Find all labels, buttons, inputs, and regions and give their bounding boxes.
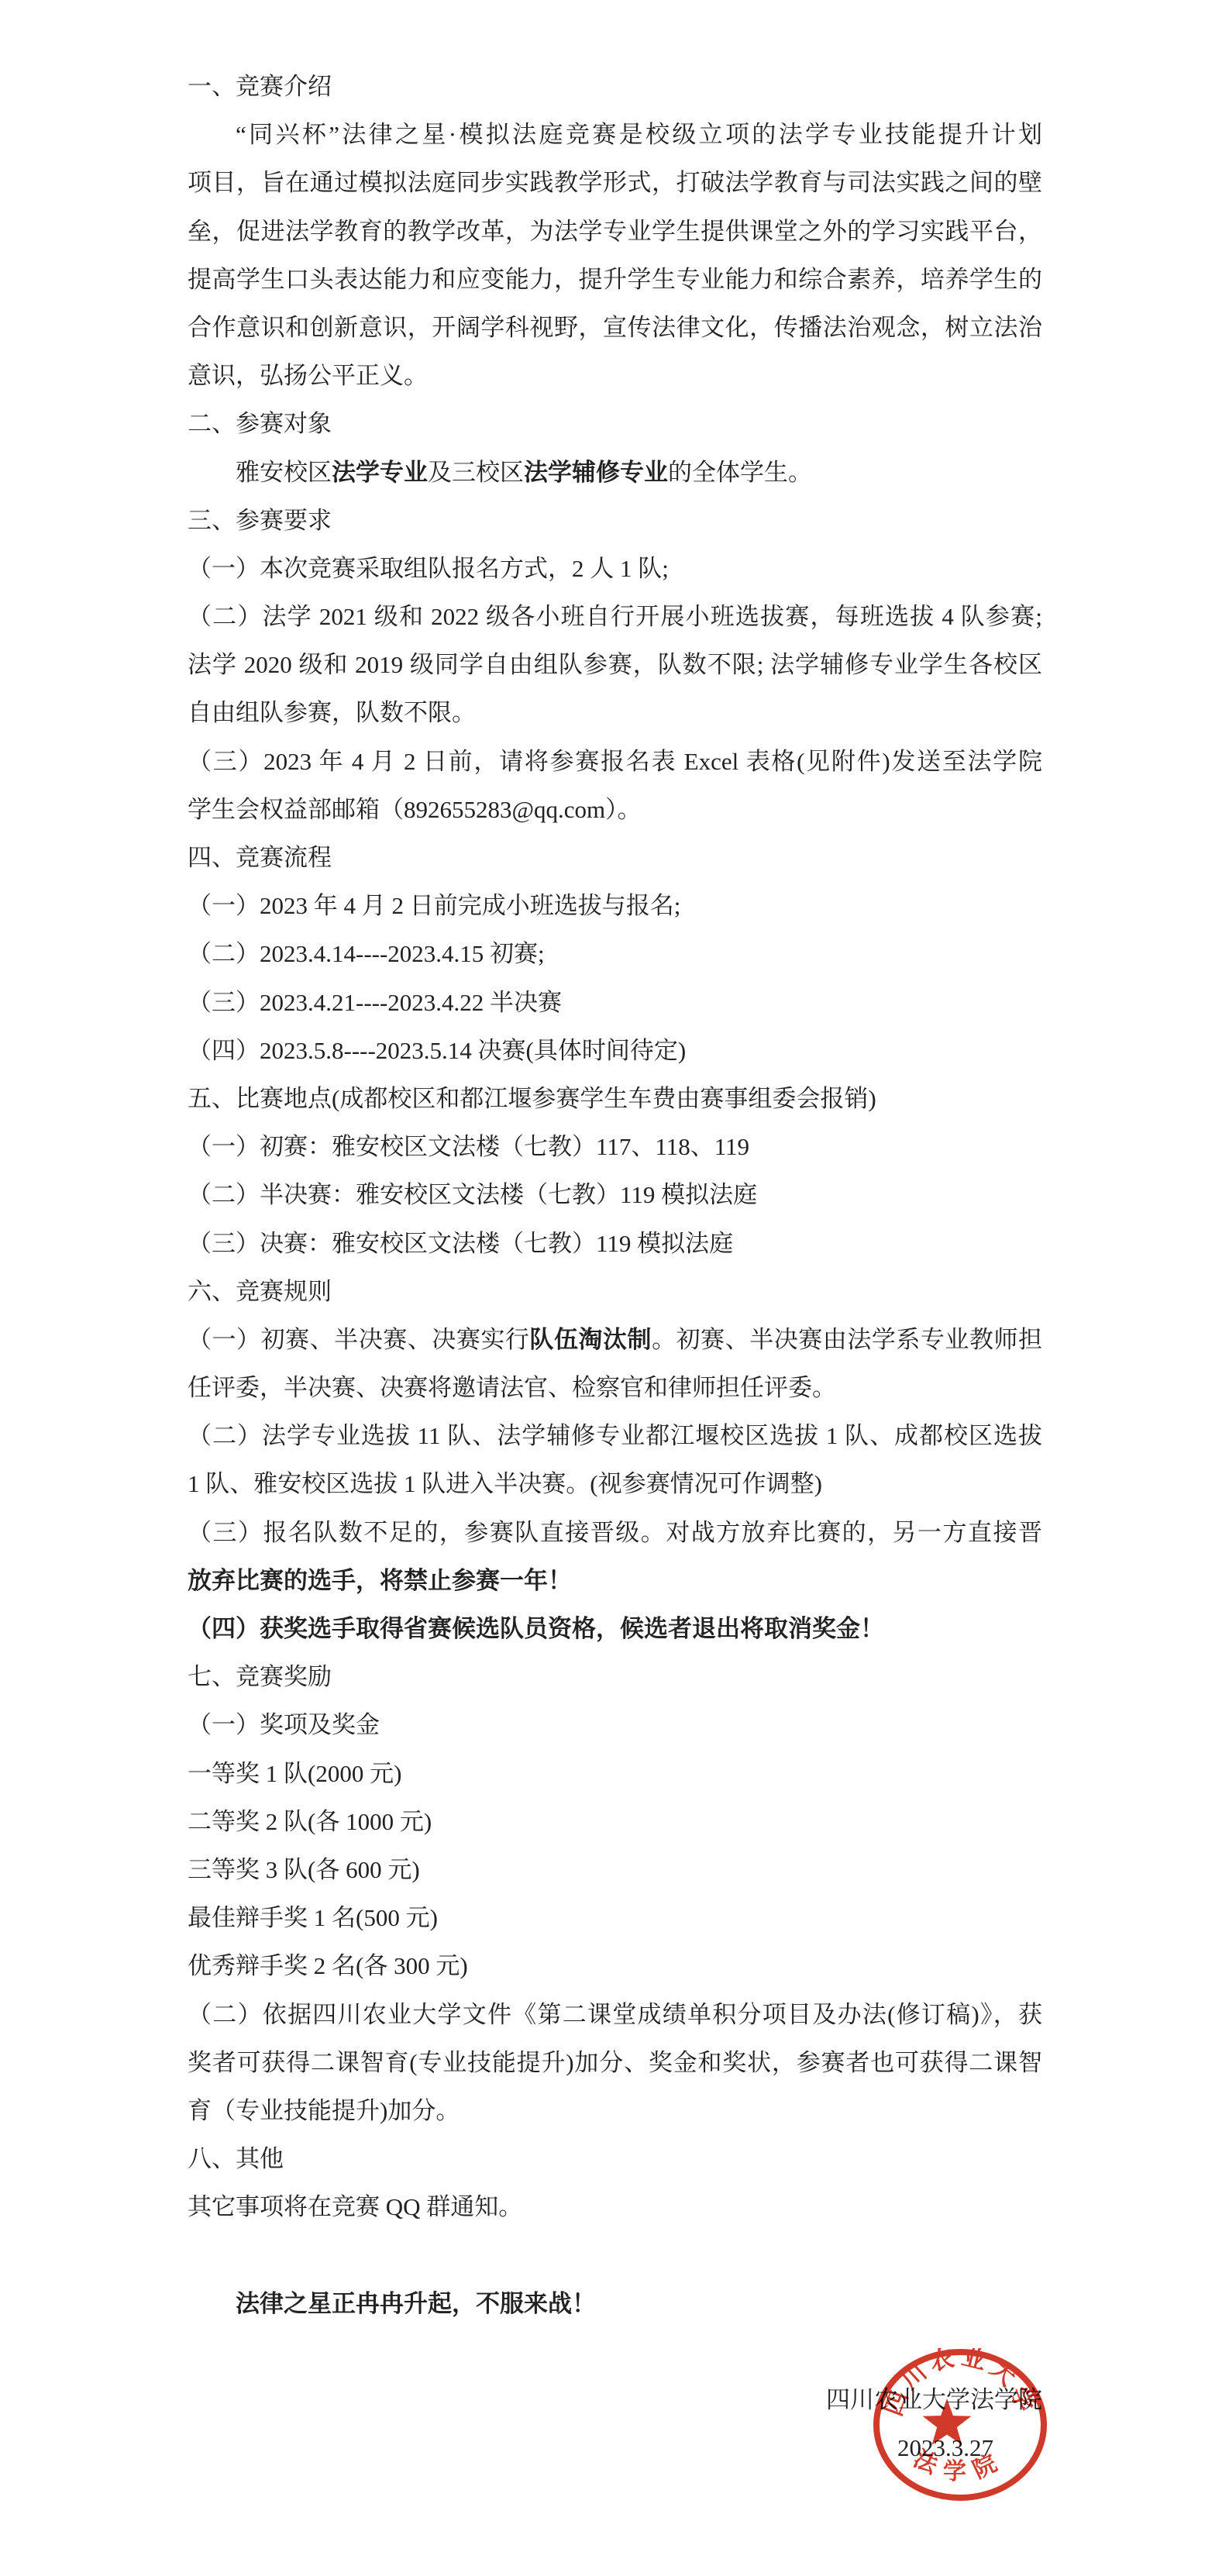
document-text: （四）获奖选手取得省赛候选队员资格，候选者退出将取消奖金！ — [188, 1615, 884, 1642]
document-line: （一）2023 年 4 月 2 日前完成小班选拔与报名; — [188, 882, 1042, 930]
document-line: 一等奖 1 队(2000 元) — [188, 1750, 1042, 1798]
document-line: 优秀辩手奖 2 名(各 300 元) — [188, 1942, 1042, 1990]
document-text: （二）法学 2021 级和 2022 级各小班自行开展小班选拔赛，每班选拔 4 … — [188, 603, 1042, 630]
document-line: （四）2023.5.8----2023.5.14 决赛(具体时间待定) — [188, 1027, 1042, 1075]
document-text: 雅安校区 — [236, 459, 332, 486]
document-text: 三、参赛要求 — [188, 507, 332, 534]
document-line: （一）初赛：雅安校区文法楼（七教）117、118、119 — [188, 1123, 1042, 1171]
document-line: 1 队、雅安校区选拔 1 队进入半决赛。(视参赛情况可作调整) — [188, 1460, 1042, 1508]
document-text: 八、其他 — [188, 2145, 284, 2172]
document-text: 五、比赛地点(成都校区和都江堰参赛学生车费由赛事组委会报销) — [188, 1085, 876, 1112]
document-text: 六、竞赛规则 — [188, 1278, 332, 1305]
document-line: 任评委，半决赛、决赛将邀请法官、检察官和律师担任评委。 — [188, 1364, 1042, 1412]
document-text: 及三校区 — [428, 459, 524, 486]
document-text-bold: 法学专业 — [332, 459, 428, 486]
seal-star-icon — [923, 2399, 972, 2445]
document-line: 一、竞赛介绍 — [188, 63, 1042, 111]
document-line: （一）初赛、半决赛、决赛实行队伍淘汰制。初赛、半决赛由法学系专业教师担 — [188, 1316, 1042, 1364]
document-line: 八、其他 — [188, 2135, 1042, 2183]
document-text: 法学 2020 级和 2019 级同学自由组队参赛，队数不限; 法学辅修专业学生… — [188, 651, 1042, 678]
document-line: （二）法学专业选拔 11 队、法学辅修专业都江堰校区选拔 1 队、成都校区选拔 — [188, 1412, 1042, 1460]
document-text-bold: 队伍淘汰制 — [529, 1326, 652, 1353]
document-line: （二）依据四川农业大学文件《第二课堂成绩单积分项目及办法(修订稿)》，获 — [188, 1991, 1042, 2039]
document-text: 学生会权益部邮箱（892655283@qq.com）。 — [188, 796, 642, 823]
document-text: 三等奖 3 队(各 600 元) — [188, 1856, 420, 1883]
document-text: 四、竞赛流程 — [188, 844, 332, 871]
document-line: “同兴杯”法律之星·模拟法庭竞赛是校级立项的法学专业技能提升计划 — [188, 111, 1042, 159]
document-text-bold: 法学辅修专业 — [524, 459, 668, 486]
document-text: 的全体学生。 — [668, 459, 812, 486]
document-text: 意识，弘扬公平正义。 — [188, 362, 428, 389]
document-text: 育（专业技能提升)加分。 — [188, 2097, 460, 2124]
document-line: （三）报名队数不足的，参赛队直接晋级。对战方放弃比赛的，另一方直接晋级， — [188, 1509, 1042, 1557]
document-line: 五、比赛地点(成都校区和都江堰参赛学生车费由赛事组委会报销) — [188, 1075, 1042, 1123]
document-text: （一）奖项及奖金 — [188, 1711, 380, 1738]
document-line: 雅安校区法学专业及三校区法学辅修专业的全体学生。 — [188, 449, 1042, 497]
document-text: （二）依据四川农业大学文件《第二课堂成绩单积分项目及办法(修订稿)》，获 — [188, 2001, 1042, 2028]
seal-graphic: 四川农业大学 法学院 — [870, 2348, 1056, 2503]
document-line: （三）2023 年 4 月 2 日前，请将参赛报名表 Excel 表格(见附件)… — [188, 738, 1042, 786]
document-text: 奖者可获得二课智育(专业技能提升)加分、奖金和奖状，参赛者也可获得二课智 — [188, 2049, 1042, 2076]
document-line: 二等奖 2 队(各 1000 元) — [188, 1798, 1042, 1846]
document-line: 学生会权益部邮箱（892655283@qq.com）。 — [188, 786, 1042, 834]
document-line: （一）本次竞赛采取组队报名方式，2 人 1 队; — [188, 545, 1042, 593]
document-line: 二、参赛对象 — [188, 400, 1042, 448]
document-line: 最佳辩手奖 1 名(500 元) — [188, 1894, 1042, 1942]
document-line: 放弃比赛的选手，将禁止参赛一年！ — [188, 1557, 1042, 1605]
document-line: 其它事项将在竞赛 QQ 群通知。 — [188, 2183, 1042, 2231]
document-text: （二）半决赛：雅安校区文法楼（七教）119 模拟法庭 — [188, 1181, 757, 1208]
document-text: 最佳辩手奖 1 名(500 元) — [188, 1904, 438, 1931]
document-line: 奖者可获得二课智育(专业技能提升)加分、奖金和奖状，参赛者也可获得二课智 — [188, 2039, 1042, 2087]
document-text: （二）2023.4.14----2023.4.15 初赛; — [188, 940, 545, 967]
document-text: 二等奖 2 队(各 1000 元) — [188, 1808, 432, 1835]
document-page: 一、竞赛介绍“同兴杯”法律之星·模拟法庭竞赛是校级立项的法学专业技能提升计划项目… — [0, 0, 1229, 2576]
document-text: （四）2023.5.8----2023.5.14 决赛(具体时间待定) — [188, 1037, 686, 1064]
document-body: 一、竞赛介绍“同兴杯”法律之星·模拟法庭竞赛是校级立项的法学专业技能提升计划项目… — [188, 63, 1042, 2472]
document-line: 七、竞赛奖励 — [188, 1653, 1042, 1701]
document-line: 自由组队参赛，队数不限。 — [188, 689, 1042, 737]
document-line: 法律之星正冉冉升起，不服来战！ — [188, 2280, 1042, 2328]
document-line: 六、竞赛规则 — [188, 1268, 1042, 1316]
document-text: 一、竞赛介绍 — [188, 73, 332, 100]
document-text: 项目，旨在通过模拟法庭同步实践教学形式，打破法学教育与司法实践之间的壁 — [188, 169, 1042, 196]
document-line — [188, 2231, 1042, 2279]
document-text: “同兴杯”法律之星·模拟法庭竞赛是校级立项的法学专业技能提升计划 — [236, 121, 1042, 148]
document-text: 优秀辩手奖 2 名(各 300 元) — [188, 1952, 468, 1979]
seal-bottom-text: 法学院 — [910, 2446, 1010, 2485]
document-text: （一）2023 年 4 月 2 日前完成小班选拔与报名; — [188, 892, 680, 919]
document-text: 自由组队参赛，队数不限。 — [188, 699, 476, 726]
document-line: （二）半决赛：雅安校区文法楼（七教）119 模拟法庭 — [188, 1171, 1042, 1219]
document-line: 提高学生口头表达能力和应变能力，提升学生专业能力和综合素养，培养学生的 — [188, 256, 1042, 304]
document-text: （三）报名队数不足的，参赛队直接晋级。对战方放弃比赛的，另一方直接晋级， — [188, 1519, 1042, 1557]
document-line: 垒，促进法学教育的教学改革，为法学专业学生提供课堂之外的学习实践平台， — [188, 208, 1042, 256]
document-line: 三等奖 3 队(各 600 元) — [188, 1846, 1042, 1894]
document-text: 二、参赛对象 — [188, 410, 332, 437]
document-text: 合作意识和创新意识，开阔学科视野，宣传法律文化，传播法治观念，树立法治 — [188, 314, 1042, 341]
document-text: （三）2023 年 4 月 2 日前，请将参赛报名表 Excel 表格(见附件)… — [188, 748, 1042, 775]
document-text: （一）初赛、半决赛、决赛实行 — [188, 1326, 529, 1353]
document-line: （三）决赛：雅安校区文法楼（七教）119 模拟法庭 — [188, 1220, 1042, 1268]
document-text: 提高学生口头表达能力和应变能力，提升学生专业能力和综合素养，培养学生的 — [188, 266, 1042, 293]
document-text: 七、竞赛奖励 — [188, 1663, 332, 1690]
document-text: （一）本次竞赛采取组队报名方式，2 人 1 队; — [188, 555, 669, 582]
document-line: 育（专业技能提升)加分。 — [188, 2087, 1042, 2135]
document-text: 。初赛、半决赛由法学系专业教师担 — [652, 1326, 1042, 1353]
document-text: 1 队、雅安校区选拔 1 队进入半决赛。(视参赛情况可作调整) — [188, 1470, 822, 1497]
document-line: （四）获奖选手取得省赛候选队员资格，候选者退出将取消奖金！ — [188, 1605, 1042, 1653]
document-text: 放弃比赛的选手，将禁止参赛一年！ — [188, 1567, 572, 1594]
document-line: （三）2023.4.21----2023.4.22 半决赛 — [188, 979, 1042, 1027]
document-text: 任评委，半决赛、决赛将邀请法官、检察官和律师担任评委。 — [188, 1374, 836, 1401]
document-text: 一等奖 1 队(2000 元) — [188, 1760, 401, 1787]
seal-ring-text: 四川农业大学 — [880, 2348, 1041, 2419]
document-line: 三、参赛要求 — [188, 497, 1042, 545]
document-text: 法律之星正冉冉升起，不服来战！ — [236, 2290, 596, 2317]
document-text: （三）决赛：雅安校区文法楼（七教）119 模拟法庭 — [188, 1230, 733, 1257]
document-text: （二）法学专业选拔 11 队、法学辅修专业都江堰校区选拔 1 队、成都校区选拔 — [188, 1422, 1042, 1449]
official-seal-stamp: 四川农业大学 法学院 — [870, 2348, 1056, 2503]
document-text: （三）2023.4.21----2023.4.22 半决赛 — [188, 989, 562, 1016]
document-line: （二）2023.4.14----2023.4.15 初赛; — [188, 930, 1042, 978]
document-line: 项目，旨在通过模拟法庭同步实践教学形式，打破法学教育与司法实践之间的壁 — [188, 159, 1042, 207]
document-line: 法学 2020 级和 2019 级同学自由组队参赛，队数不限; 法学辅修专业学生… — [188, 641, 1042, 689]
document-text: 垒，促进法学教育的教学改革，为法学专业学生提供课堂之外的学习实践平台， — [188, 218, 1042, 245]
document-line: 合作意识和创新意识，开阔学科视野，宣传法律文化，传播法治观念，树立法治 — [188, 304, 1042, 352]
document-text: 其它事项将在竞赛 QQ 群通知。 — [188, 2193, 522, 2220]
document-line: 四、竞赛流程 — [188, 834, 1042, 882]
document-line: （一）奖项及奖金 — [188, 1701, 1042, 1749]
document-line: 意识，弘扬公平正义。 — [188, 352, 1042, 400]
document-line: （二）法学 2021 级和 2022 级各小班自行开展小班选拔赛，每班选拔 4 … — [188, 593, 1042, 641]
document-text: （一）初赛：雅安校区文法楼（七教）117、118、119 — [188, 1133, 749, 1160]
